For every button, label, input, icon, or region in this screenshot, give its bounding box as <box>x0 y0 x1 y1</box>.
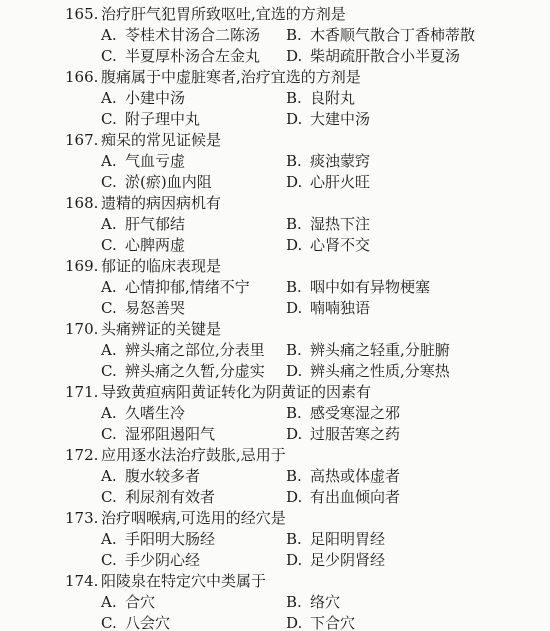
question-number: 173. <box>65 508 101 529</box>
option-a-text: 辨头痛之部位,分表里 <box>125 341 265 359</box>
option-b: B.感受寒湿之邪 <box>286 403 400 424</box>
option-c: C.利尿剂有效者 <box>101 487 286 508</box>
option-b: B.辨头痛之轻重,分脏腑 <box>286 340 450 361</box>
option-a: A.合穴 <box>101 592 286 613</box>
option-a-label: A. <box>101 592 125 613</box>
option-c: C.易怒善哭 <box>101 298 286 319</box>
option-row-cd: C.心脾两虚 D.心肾不交 <box>101 235 550 256</box>
option-d-label: D. <box>286 550 310 571</box>
question-stem-line: 172.应用逐水法治疗鼓胀,忌用于 <box>65 445 550 466</box>
option-c: C.手少阴心经 <box>101 550 286 571</box>
option-a: A.手阳明大肠经 <box>101 529 286 550</box>
option-row-cd: C.利尿剂有效者 D.有出血倾向者 <box>101 487 550 508</box>
question-block: 169.郁证的临床表现是 A.心情抑郁,情绪不宁 B.咽中如有异物梗塞 C.易怒… <box>65 256 550 319</box>
question-number: 166. <box>65 67 101 88</box>
option-a-text: 小建中汤 <box>125 89 185 107</box>
question-block: 174.阳陵泉在特定穴中类属于 A.合穴 B.络穴 C.八会穴 D.下合穴 <box>65 571 550 631</box>
option-d-label: D. <box>286 424 310 445</box>
question-number: 165. <box>65 4 101 25</box>
option-a-label: A. <box>101 25 125 46</box>
option-row-ab: A.小建中汤 B.良附丸 <box>101 88 550 109</box>
option-a-label: A. <box>101 340 125 361</box>
option-d: D.足少阴肾经 <box>286 550 385 571</box>
question-number: 167. <box>65 130 101 151</box>
question-stem: 治疗肝气犯胃所致呕吐,宜选的方剂是 <box>101 5 346 23</box>
option-d: D.辨头痛之性质,分寒热 <box>286 361 450 382</box>
option-c-text: 心脾两虚 <box>125 236 185 254</box>
option-d-text: 喃喃独语 <box>310 299 370 317</box>
question-number: 168. <box>65 193 101 214</box>
question-block: 166.腹痛属于中虚脏寒者,治疗宜选的方剂是 A.小建中汤 B.良附丸 C.附子… <box>65 67 550 130</box>
option-d-label: D. <box>286 235 310 256</box>
option-c-label: C. <box>101 613 125 631</box>
option-d-text: 柴胡疏肝散合小半夏汤 <box>310 47 460 65</box>
option-row-ab: A.苓桂术甘汤合二陈汤 B.木香顺气散合丁香柿蒂散 <box>101 25 550 46</box>
option-d-text: 下合穴 <box>310 614 355 631</box>
option-a-text: 苓桂术甘汤合二陈汤 <box>125 26 260 44</box>
option-a-text: 合穴 <box>125 593 155 611</box>
option-b-label: B. <box>286 277 310 298</box>
option-b-label: B. <box>286 592 310 613</box>
option-row-cd: C.半夏厚朴汤合左金丸 D.柴胡疏肝散合小半夏汤 <box>101 46 550 67</box>
option-c-label: C. <box>101 172 125 193</box>
option-d-label: D. <box>286 361 310 382</box>
option-a: A.小建中汤 <box>101 88 286 109</box>
option-b-label: B. <box>286 88 310 109</box>
option-row-ab: A.合穴 B.络穴 <box>101 592 550 613</box>
option-b-text: 足阳明胃经 <box>310 530 385 548</box>
option-row-cd: C.辨头痛之久暂,分虚实 D.辨头痛之性质,分寒热 <box>101 361 550 382</box>
question-block: 171.导致黄疸病阳黄证转化为阴黄证的因素有 A.久嗜生冷 B.感受寒湿之邪 C… <box>65 382 550 445</box>
question-stem-line: 173.治疗咽喉病,可选用的经穴是 <box>65 508 550 529</box>
option-d-label: D. <box>286 487 310 508</box>
option-d: D.柴胡疏肝散合小半夏汤 <box>286 46 460 67</box>
option-c-text: 湿邪阻遏阳气 <box>125 425 215 443</box>
question-number: 171. <box>65 382 101 403</box>
question-number: 174. <box>65 571 101 592</box>
option-b-text: 辨头痛之轻重,分脏腑 <box>310 341 450 359</box>
question-stem-line: 169.郁证的临床表现是 <box>65 256 550 277</box>
option-row-ab: A.辨头痛之部位,分表里 B.辨头痛之轻重,分脏腑 <box>101 340 550 361</box>
option-b-text: 痰浊蒙窍 <box>310 152 370 170</box>
exam-question-list: 165.治疗肝气犯胃所致呕吐,宜选的方剂是 A.苓桂术甘汤合二陈汤 B.木香顺气… <box>0 0 550 631</box>
option-a-label: A. <box>101 277 125 298</box>
option-b: B.良附丸 <box>286 88 355 109</box>
option-d-label: D. <box>286 109 310 130</box>
option-row-ab: A.手阳明大肠经 B.足阳明胃经 <box>101 529 550 550</box>
option-a-label: A. <box>101 529 125 550</box>
option-b: B.痰浊蒙窍 <box>286 151 370 172</box>
option-a: A.苓桂术甘汤合二陈汤 <box>101 25 286 46</box>
option-d-text: 心肝火旺 <box>310 173 370 191</box>
question-stem: 应用逐水法治疗鼓胀,忌用于 <box>101 446 286 464</box>
question-stem: 导致黄疸病阳黄证转化为阴黄证的因素有 <box>101 383 371 401</box>
question-block: 170.头痛辨证的关键是 A.辨头痛之部位,分表里 B.辨头痛之轻重,分脏腑 C… <box>65 319 550 382</box>
option-c: C.淤(瘀)血内阻 <box>101 172 286 193</box>
option-d-text: 大建中汤 <box>310 110 370 128</box>
option-row-cd: C.手少阴心经 D.足少阴肾经 <box>101 550 550 571</box>
option-c-label: C. <box>101 235 125 256</box>
option-d: D.有出血倾向者 <box>286 487 400 508</box>
option-c-label: C. <box>101 361 125 382</box>
question-stem-line: 171.导致黄疸病阳黄证转化为阴黄证的因素有 <box>65 382 550 403</box>
option-c-text: 易怒善哭 <box>125 299 185 317</box>
option-a-text: 肝气郁结 <box>125 215 185 233</box>
option-d: D.心肾不交 <box>286 235 370 256</box>
option-d-label: D. <box>286 46 310 67</box>
option-a-label: A. <box>101 214 125 235</box>
question-stem: 腹痛属于中虚脏寒者,治疗宜选的方剂是 <box>101 68 361 86</box>
question-block: 167.痴呆的常见证候是 A.气血亏虚 B.痰浊蒙窍 C.淤(瘀)血内阻 D.心… <box>65 130 550 193</box>
option-a-text: 久嗜生冷 <box>125 404 185 422</box>
option-c-text: 附子理中丸 <box>125 110 200 128</box>
question-stem: 遗精的病因病机有 <box>101 194 221 212</box>
question-stem-line: 166.腹痛属于中虚脏寒者,治疗宜选的方剂是 <box>65 67 550 88</box>
option-d: D.下合穴 <box>286 613 355 631</box>
option-c: C.八会穴 <box>101 613 286 631</box>
option-b: B.木香顺气散合丁香柿蒂散 <box>286 25 475 46</box>
question-stem-line: 165.治疗肝气犯胃所致呕吐,宜选的方剂是 <box>65 4 550 25</box>
option-d-label: D. <box>286 172 310 193</box>
question-number: 169. <box>65 256 101 277</box>
question-block: 165.治疗肝气犯胃所致呕吐,宜选的方剂是 A.苓桂术甘汤合二陈汤 B.木香顺气… <box>65 4 550 67</box>
question-stem-line: 174.阳陵泉在特定穴中类属于 <box>65 571 550 592</box>
option-c: C.辨头痛之久暂,分虚实 <box>101 361 286 382</box>
option-row-ab: A.肝气郁结 B.湿热下注 <box>101 214 550 235</box>
option-d: D.大建中汤 <box>286 109 370 130</box>
question-stem-line: 170.头痛辨证的关键是 <box>65 319 550 340</box>
option-a-label: A. <box>101 466 125 487</box>
option-c-text: 半夏厚朴汤合左金丸 <box>125 47 260 65</box>
option-d: D.过服苦寒之药 <box>286 424 400 445</box>
option-c-label: C. <box>101 46 125 67</box>
question-stem-line: 168.遗精的病因病机有 <box>65 193 550 214</box>
option-d: D.喃喃独语 <box>286 298 370 319</box>
question-stem-line: 167.痴呆的常见证候是 <box>65 130 550 151</box>
option-a: A.辨头痛之部位,分表里 <box>101 340 286 361</box>
option-b: B.高热或体虚者 <box>286 466 400 487</box>
option-c-label: C. <box>101 550 125 571</box>
option-c-label: C. <box>101 109 125 130</box>
option-d-label: D. <box>286 613 310 631</box>
option-d-text: 心肾不交 <box>310 236 370 254</box>
option-a-label: A. <box>101 88 125 109</box>
question-stem: 痴呆的常见证候是 <box>101 131 221 149</box>
option-c: C.心脾两虚 <box>101 235 286 256</box>
option-a-label: A. <box>101 403 125 424</box>
option-row-ab: A.气血亏虚 B.痰浊蒙窍 <box>101 151 550 172</box>
option-b-label: B. <box>286 403 310 424</box>
option-a: A.心情抑郁,情绪不宁 <box>101 277 286 298</box>
option-c: C.湿邪阻遏阳气 <box>101 424 286 445</box>
option-a-text: 腹水较多者 <box>125 467 200 485</box>
option-d: D.心肝火旺 <box>286 172 370 193</box>
question-block: 173.治疗咽喉病,可选用的经穴是 A.手阳明大肠经 B.足阳明胃经 C.手少阴… <box>65 508 550 571</box>
question-block: 168.遗精的病因病机有 A.肝气郁结 B.湿热下注 C.心脾两虚 D.心肾不交 <box>65 193 550 256</box>
option-a-text: 手阳明大肠经 <box>125 530 215 548</box>
option-a-label: A. <box>101 151 125 172</box>
option-a-text: 心情抑郁,情绪不宁 <box>125 278 250 296</box>
option-c-label: C. <box>101 298 125 319</box>
option-b-label: B. <box>286 340 310 361</box>
question-stem: 头痛辨证的关键是 <box>101 320 221 338</box>
option-b: B.足阳明胃经 <box>286 529 385 550</box>
option-a-text: 气血亏虚 <box>125 152 185 170</box>
option-c: C.附子理中丸 <box>101 109 286 130</box>
option-d-text: 过服苦寒之药 <box>310 425 400 443</box>
option-c-text: 八会穴 <box>125 614 170 631</box>
option-b-label: B. <box>286 214 310 235</box>
option-d-text: 有出血倾向者 <box>310 488 400 506</box>
option-c-text: 淤(瘀)血内阻 <box>125 173 212 191</box>
question-number: 170. <box>65 319 101 340</box>
option-c-label: C. <box>101 487 125 508</box>
option-b: B.咽中如有异物梗塞 <box>286 277 430 298</box>
option-c-text: 利尿剂有效者 <box>125 488 215 506</box>
option-row-cd: C.八会穴 D.下合穴 <box>101 613 550 631</box>
option-b-label: B. <box>286 25 310 46</box>
question-stem: 治疗咽喉病,可选用的经穴是 <box>101 509 286 527</box>
option-b-text: 高热或体虚者 <box>310 467 400 485</box>
option-d-label: D. <box>286 298 310 319</box>
option-b-text: 木香顺气散合丁香柿蒂散 <box>310 26 475 44</box>
option-b-label: B. <box>286 151 310 172</box>
option-row-ab: A.久嗜生冷 B.感受寒湿之邪 <box>101 403 550 424</box>
option-row-cd: C.附子理中丸 D.大建中汤 <box>101 109 550 130</box>
option-b-text: 湿热下注 <box>310 215 370 233</box>
option-b: B.湿热下注 <box>286 214 370 235</box>
question-block: 172.应用逐水法治疗鼓胀,忌用于 A.腹水较多者 B.高热或体虚者 C.利尿剂… <box>65 445 550 508</box>
question-number: 172. <box>65 445 101 466</box>
option-row-cd: C.易怒善哭 D.喃喃独语 <box>101 298 550 319</box>
option-c: C.半夏厚朴汤合左金丸 <box>101 46 286 67</box>
option-a: A.腹水较多者 <box>101 466 286 487</box>
option-c-text: 辨头痛之久暂,分虚实 <box>125 362 265 380</box>
option-a: A.肝气郁结 <box>101 214 286 235</box>
option-a: A.久嗜生冷 <box>101 403 286 424</box>
option-b-text: 良附丸 <box>310 89 355 107</box>
option-b-label: B. <box>286 529 310 550</box>
option-d-text: 足少阴肾经 <box>310 551 385 569</box>
option-row-ab: A.心情抑郁,情绪不宁 B.咽中如有异物梗塞 <box>101 277 550 298</box>
option-d-text: 辨头痛之性质,分寒热 <box>310 362 450 380</box>
option-b-text: 感受寒湿之邪 <box>310 404 400 422</box>
option-a: A.气血亏虚 <box>101 151 286 172</box>
option-c-label: C. <box>101 424 125 445</box>
question-stem: 郁证的临床表现是 <box>101 257 221 275</box>
option-c-text: 手少阴心经 <box>125 551 200 569</box>
option-row-cd: C.淤(瘀)血内阻 D.心肝火旺 <box>101 172 550 193</box>
option-b: B.络穴 <box>286 592 340 613</box>
option-b-label: B. <box>286 466 310 487</box>
option-row-ab: A.腹水较多者 B.高热或体虚者 <box>101 466 550 487</box>
question-stem: 阳陵泉在特定穴中类属于 <box>101 572 266 590</box>
option-b-text: 咽中如有异物梗塞 <box>310 278 430 296</box>
option-row-cd: C.湿邪阻遏阳气 D.过服苦寒之药 <box>101 424 550 445</box>
option-b-text: 络穴 <box>310 593 340 611</box>
